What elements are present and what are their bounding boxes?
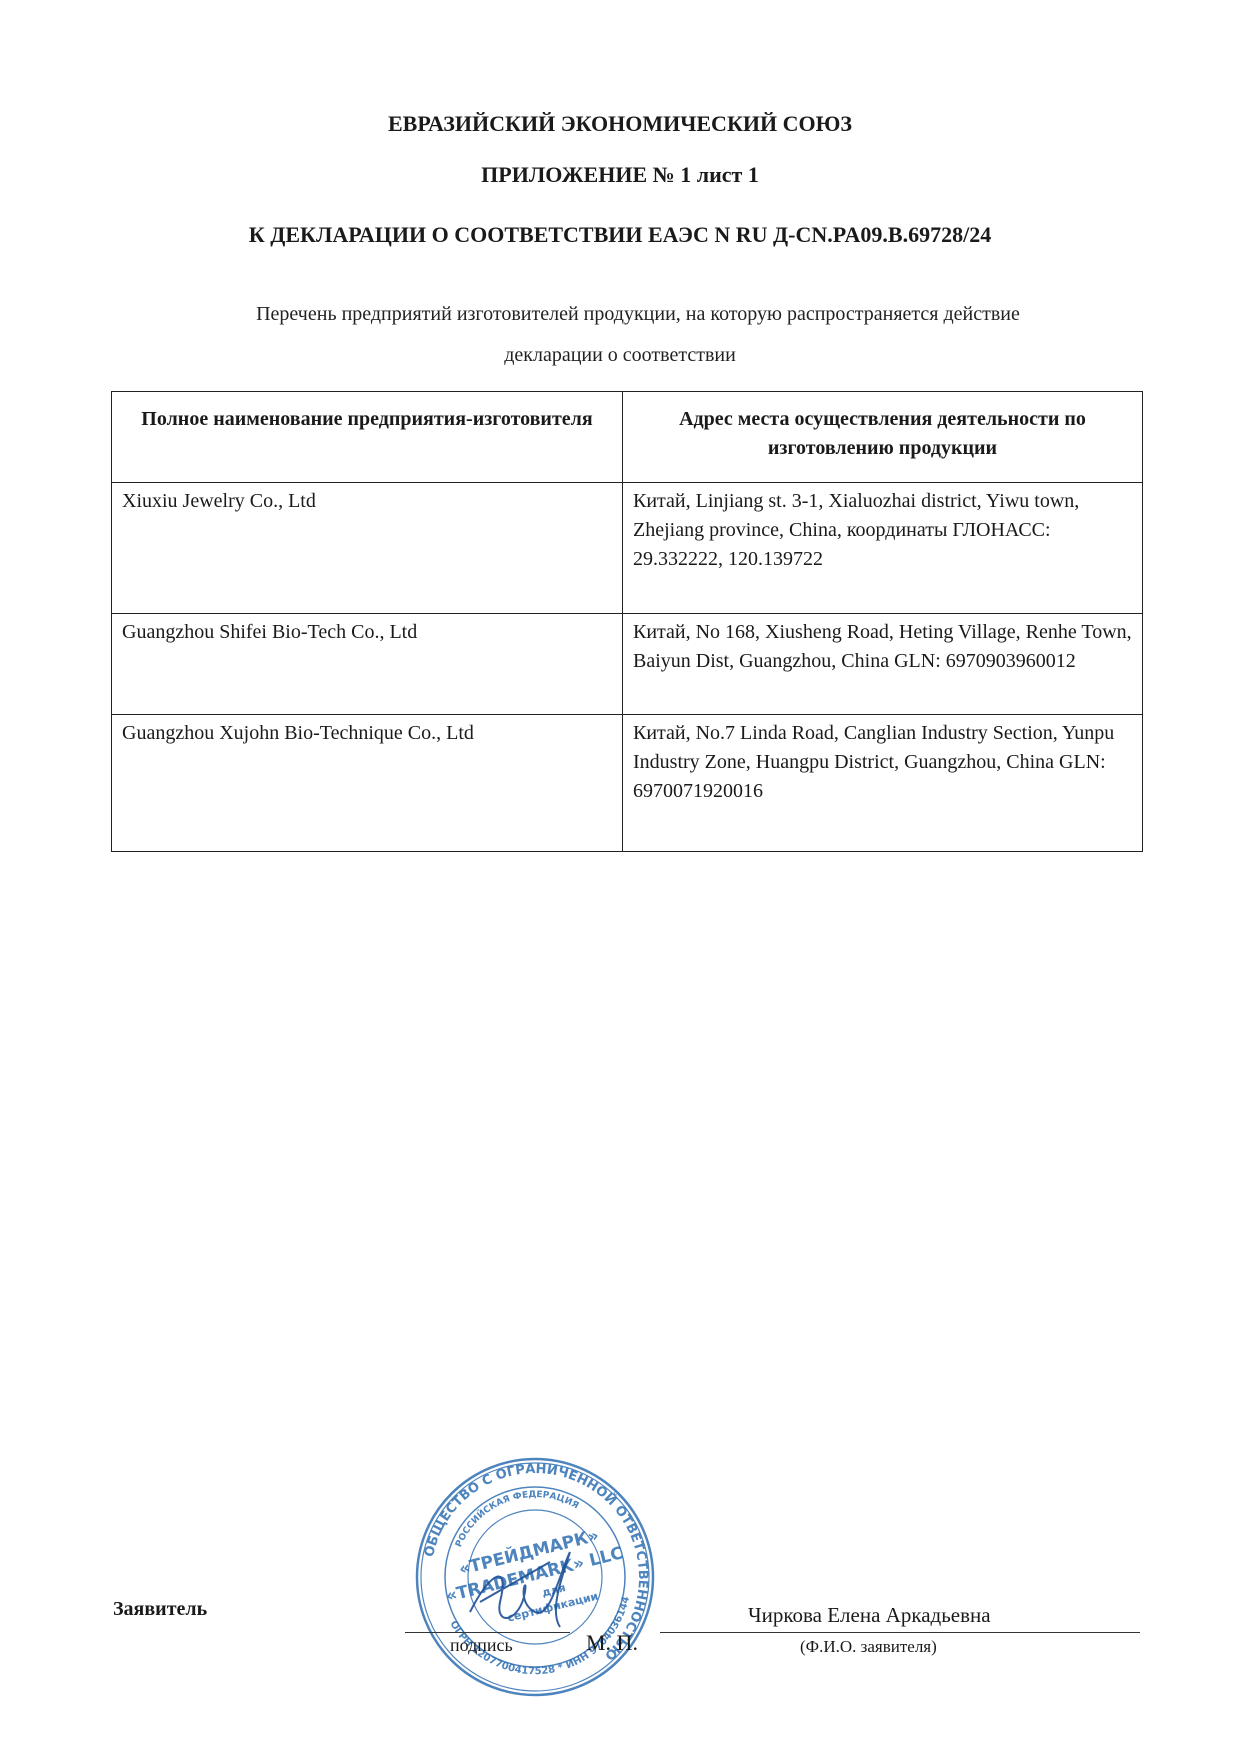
manufacturers-table: Полное наименование предприятия-изготови… [111,391,1143,852]
company-seal: ОБЩЕСТВО С ОГРАНИЧЕННОЙ ОТВЕТСТВЕННОСТЬЮ… [410,1452,660,1702]
declaration-title: К ДЕКЛАРАЦИИ О СООТВЕТСТВИИ ЕАЭС N RU Д-… [0,222,1240,248]
applicant-name: Чиркова Елена Аркадьевна [748,1603,991,1628]
manufacturer-address: Китай, No.7 Linda Road, Canglian Industr… [623,715,1143,852]
appendix-title: ПРИЛОЖЕНИЕ № 1 лист 1 [0,162,1240,188]
name-caption: (Ф.И.О. заявителя) [800,1637,937,1657]
manufacturer-name: Guangzhou Xujohn Bio-Technique Co., Ltd [112,715,623,852]
applicant-label: Заявитель [113,1598,207,1621]
table-row: Xiuxiu Jewelry Co., Ltd Китай, Linjiang … [112,483,1143,614]
column-header-name: Полное наименование предприятия-изготови… [112,392,623,483]
manufacturer-name: Xiuxiu Jewelry Co., Ltd [112,483,623,614]
signature-caption: подпись [450,1635,513,1656]
table-header-row: Полное наименование предприятия-изготови… [112,392,1143,483]
manufacturer-address: Китай, No 168, Xiusheng Road, Heting Vil… [623,614,1143,715]
seal-caption: М. П. [586,1630,638,1656]
column-header-address: Адрес места осуществления деятельности п… [623,392,1143,483]
manufacturer-name: Guangzhou Shifei Bio-Tech Co., Ltd [112,614,623,715]
intro-line-1: Перечень предприятий изготовителей проду… [18,303,1240,326]
svg-text:для: для [541,1581,567,1599]
table-row: Guangzhou Shifei Bio-Tech Co., Ltd Китай… [112,614,1143,715]
manufacturer-address: Китай, Linjiang st. 3-1, Xialuozhai dist… [623,483,1143,614]
intro-line-2: декларации о соответствии [0,344,1240,367]
signature-line [405,1632,570,1633]
name-line [660,1632,1140,1633]
table-row: Guangzhou Xujohn Bio-Technique Co., Ltd … [112,715,1143,852]
seal-icon: ОБЩЕСТВО С ОГРАНИЧЕННОЙ ОТВЕТСТВЕННОСТЬЮ… [410,1452,660,1702]
union-title: ЕВРАЗИЙСКИЙ ЭКОНОМИЧЕСКИЙ СОЮЗ [0,111,1240,137]
